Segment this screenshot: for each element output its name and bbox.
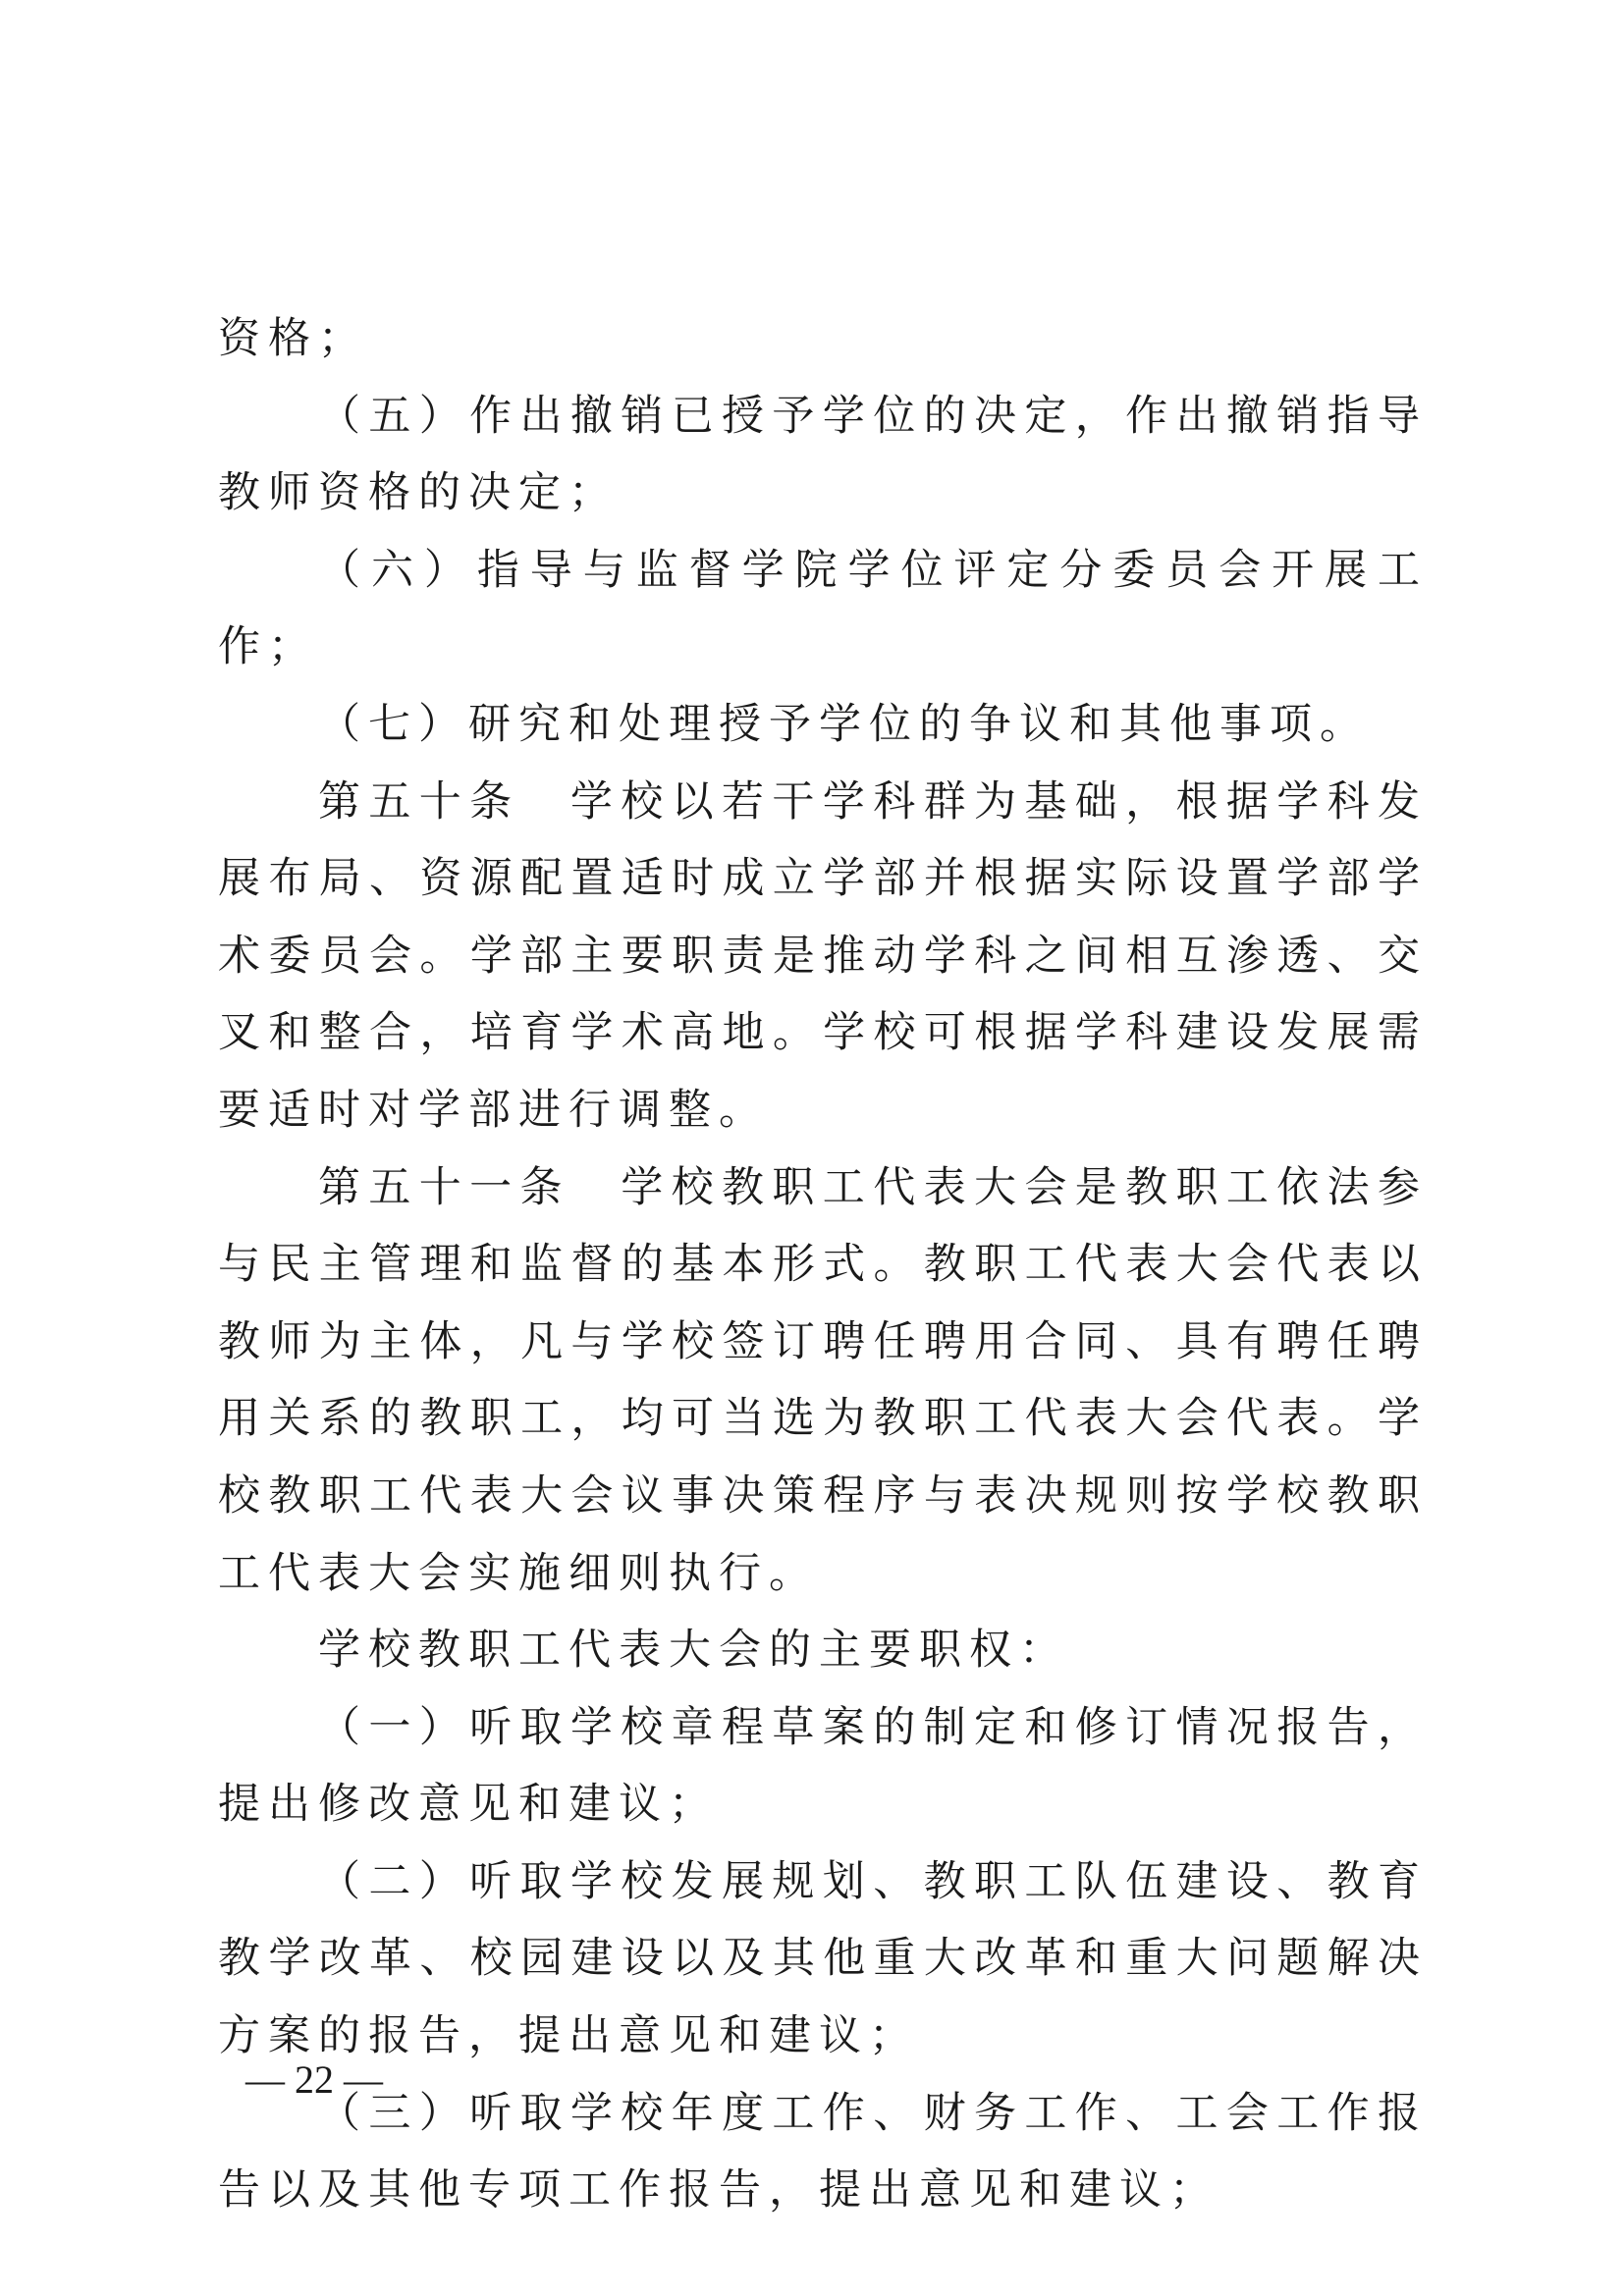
document-body: 资格； （五）作出撤销已授予学位的决定，作出撤销指导教师资格的决定； （六）指导… bbox=[218, 300, 1428, 2229]
article-51: 第五十一条 学校教职工代表大会是教职工依法参与民主管理和监督的基本形式。教职工代… bbox=[218, 1149, 1428, 1613]
paragraph-item-5: （五）作出撤销已授予学位的决定，作出撤销指导教师资格的决定； bbox=[218, 378, 1428, 532]
power-item-3: （三）听取学校年度工作、财务工作、工会工作报告以及其他专项工作报告，提出意见和建… bbox=[218, 2075, 1428, 2229]
paragraph-item-6: （六）指导与监督学院学位评定分委员会开展工作； bbox=[218, 532, 1428, 686]
power-item-2: （二）听取学校发展规划、教职工队伍建设、教育教学改革、校园建设以及其他重大改革和… bbox=[218, 1843, 1428, 2075]
power-item-1: （一）听取学校章程草案的制定和修订情况报告，提出修改意见和建议； bbox=[218, 1689, 1428, 1843]
page-number: — 22 — bbox=[245, 2056, 383, 2105]
document-page: 资格； （五）作出撤销已授予学位的决定，作出撤销指导教师资格的决定； （六）指导… bbox=[0, 0, 1624, 2296]
article-50: 第五十条 学校以若干学科群为基础，根据学科发展布局、资源配置适时成立学部并根据实… bbox=[218, 764, 1428, 1149]
paragraph-item-7: （七）研究和处理授予学位的争议和其他事项。 bbox=[218, 686, 1428, 764]
powers-heading: 学校教职工代表大会的主要职权： bbox=[218, 1612, 1428, 1689]
paragraph-continuation: 资格； bbox=[218, 300, 1428, 378]
